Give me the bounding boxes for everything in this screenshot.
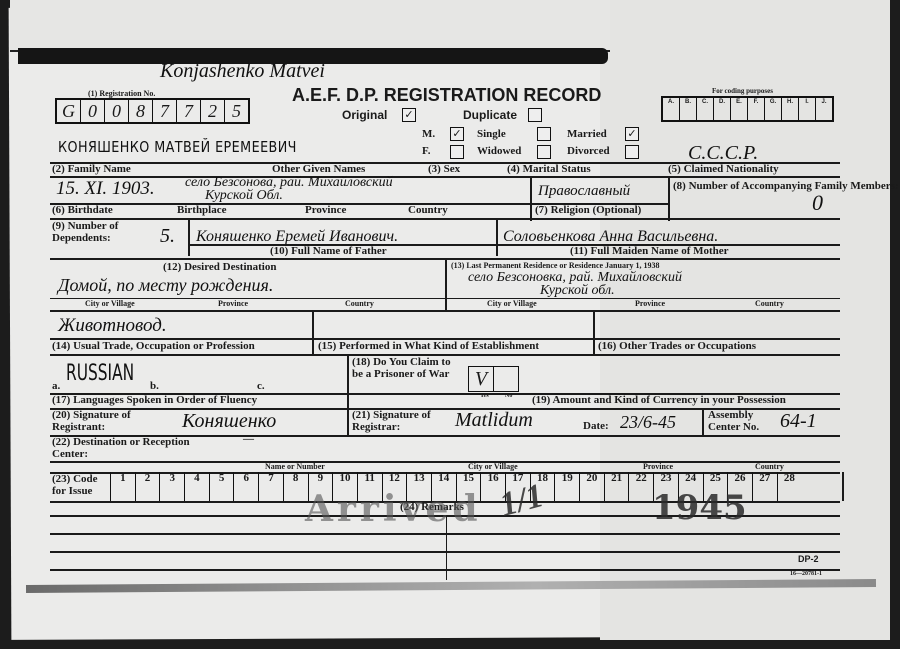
assembly-center-value: 64-1	[780, 410, 817, 433]
code-box: 3	[159, 472, 184, 501]
coding-box: G.	[765, 98, 782, 120]
sex-m-label: M.	[422, 129, 435, 141]
language-a-prefix: a.	[52, 381, 60, 393]
single-checkbox[interactable]	[537, 127, 551, 141]
coding-box: D.	[714, 98, 731, 120]
country-label: Country	[345, 300, 374, 308]
code-box: 7	[258, 472, 283, 501]
divorced-checkbox[interactable]	[625, 145, 639, 159]
code-box: 28	[777, 472, 802, 501]
name-value: КОНЯШЕНКО МАТВЕЙ ЕРЕМЕЕВИЧ	[58, 138, 297, 156]
code-box: 27	[752, 472, 777, 501]
registration-number: G 0 0 8 7 7 2 5	[55, 98, 250, 124]
header-handwritten-name: Konjashenko Matvei	[160, 60, 325, 83]
pow-no-box[interactable]	[494, 367, 518, 391]
religion-label: (7) Religion (Optional)	[535, 205, 641, 217]
trade-label: (14) Usual Trade, Occupation or Professi…	[52, 341, 255, 353]
province-label: Province	[218, 300, 248, 308]
arrived-stamp: Arrived	[305, 488, 482, 530]
country-label: Country	[755, 463, 784, 471]
dependents-label: (9) Number of Dependents:	[52, 221, 142, 244]
coding-box: C.	[697, 98, 714, 120]
divider	[593, 310, 595, 355]
given-names-label: Other Given Names	[272, 164, 365, 176]
reg-digit: 0	[105, 100, 129, 122]
coding-box: J.	[816, 98, 832, 120]
birthdate-label: (6) Birthdate	[52, 205, 113, 217]
other-trades-label: (16) Other Trades or Occupations	[598, 341, 756, 353]
coding-box: F.	[748, 98, 765, 120]
destination-label: (12) Desired Destination	[163, 262, 276, 274]
date-value: 23/6-45	[620, 412, 676, 433]
coding-box: A.	[663, 98, 680, 120]
coding-box: I.	[799, 98, 816, 120]
code-box: 19	[554, 472, 579, 501]
code-box: 8	[283, 472, 308, 501]
pow-no-label: No	[505, 393, 512, 399]
assembly-center-label: Assembly Center No.	[708, 410, 778, 433]
province-label: Province	[643, 463, 673, 471]
divider	[668, 176, 670, 221]
pow-answer-boxes: V	[468, 366, 519, 392]
currency-label: (19) Amount and Kind of Currency in your…	[532, 395, 786, 407]
divider	[347, 354, 349, 436]
divider	[312, 310, 314, 355]
sex-m-checkbox[interactable]: ✓	[450, 127, 464, 141]
reception-center-label: (22) Destination or Reception Center:	[52, 437, 192, 460]
trade-value: Животновод.	[58, 315, 167, 337]
original-label: Original	[342, 109, 387, 122]
divider	[445, 258, 447, 310]
code-box: 20	[579, 472, 604, 501]
nationality-label: (5) Claimed Nationality	[668, 164, 779, 176]
birthplace-label: Birthplace	[177, 205, 227, 217]
reg-digit: 7	[153, 100, 177, 122]
document-top-flap	[10, 0, 610, 52]
religion-value: Православный	[538, 183, 630, 200]
birthplace-value-2: Курской Обл.	[205, 188, 283, 204]
duplicate-label: Duplicate	[463, 109, 517, 122]
pow-yes-box[interactable]: V	[469, 367, 494, 391]
date-label: Date:	[583, 421, 609, 433]
accompanying-value: 0	[812, 190, 823, 216]
last-residence-value-2: Курской обл.	[540, 283, 615, 299]
sex-f-checkbox[interactable]	[450, 145, 464, 159]
divider	[50, 551, 840, 553]
birthdate-value: 15. XI. 1903.	[56, 178, 155, 200]
marital-status-label: (4) Marital Status	[507, 164, 591, 176]
registrant-signature-label: (20) Signature of Registrant:	[52, 410, 172, 433]
pow-yes-label: Yes	[480, 393, 489, 399]
reception-center-value: —	[243, 434, 254, 446]
widowed-checkbox[interactable]	[537, 145, 551, 159]
city-label: City or Village	[85, 300, 135, 308]
coding-box: E.	[731, 98, 748, 120]
language-b-prefix: b.	[150, 381, 159, 393]
language-a-value: RUSSIAN	[66, 361, 134, 386]
code-for-issue-label: (23) Code for Issue	[52, 474, 112, 497]
city-label: City or Village	[487, 300, 537, 308]
province-label: Province	[635, 300, 665, 308]
dependents-value: 5.	[160, 225, 175, 248]
stamp-year: 1945	[652, 488, 747, 528]
divider	[50, 218, 840, 220]
divider	[50, 533, 840, 535]
reg-digit: 8	[129, 100, 153, 122]
single-label: Single	[477, 129, 506, 141]
married-checkbox[interactable]: ✓	[625, 127, 639, 141]
divider	[50, 310, 840, 312]
divider	[496, 218, 498, 256]
duplicate-checkbox[interactable]	[528, 108, 542, 122]
divider	[842, 472, 844, 501]
form-code: DP-2	[798, 555, 819, 564]
code-box: 2	[135, 472, 160, 501]
divider	[50, 176, 840, 178]
country-label: Country	[408, 205, 448, 217]
coding-box: H.	[782, 98, 799, 120]
registrar-signature-label: (21) Signature of Registrar:	[352, 410, 462, 433]
divorced-label: Divorced	[567, 146, 610, 158]
divider	[50, 298, 840, 299]
registrar-signature: Matlidum	[455, 409, 533, 432]
document-title: A.E.F. D.P. REGISTRATION RECORD	[292, 85, 601, 106]
city-label: City or Village	[468, 463, 518, 471]
reg-digit: 0	[81, 100, 105, 122]
code-box: 1	[110, 472, 135, 501]
code-box: 22	[628, 472, 653, 501]
divider	[702, 408, 704, 436]
reg-digit: 5	[225, 100, 248, 122]
coding-label: For coding purposes	[712, 88, 773, 95]
family-name-label: (2) Family Name	[52, 164, 131, 176]
code-box: 4	[184, 472, 209, 501]
reg-digit: G	[57, 100, 81, 122]
sex-f-label: F.	[422, 146, 430, 158]
establishment-label: (15) Performed in What Kind of Establish…	[318, 341, 539, 353]
widowed-label: Widowed	[477, 146, 521, 158]
sex-label: (3) Sex	[428, 164, 460, 176]
divider	[188, 218, 190, 256]
divider	[50, 461, 840, 463]
province-label: Province	[305, 205, 346, 217]
coding-box: B.	[680, 98, 697, 120]
name-or-number-label: Name or Number	[265, 463, 325, 471]
code-box: 6	[233, 472, 258, 501]
reg-digit: 7	[177, 100, 201, 122]
reg-digit: 2	[201, 100, 225, 122]
language-c-prefix: c.	[257, 381, 265, 393]
languages-label: (17) Languages Spoken in Order of Fluenc…	[52, 395, 257, 407]
country-label: Country	[755, 300, 784, 308]
mother-label: (11) Full Maiden Name of Mother	[570, 246, 729, 258]
pow-label: (18) Do You Claim to be a Prisoner of Wa…	[352, 357, 464, 380]
code-box: 21	[604, 472, 629, 501]
married-label: Married	[567, 129, 607, 141]
accompanying-label: (8) Number of Accompanying Family Member…	[673, 181, 899, 193]
original-checkbox[interactable]: ✓	[402, 108, 416, 122]
coding-boxes: A. B. C. D. E. F. G. H. I. J.	[661, 96, 834, 122]
father-label: (10) Full Name of Father	[270, 246, 387, 258]
code-box: 5	[209, 472, 234, 501]
divider	[530, 176, 532, 221]
form-print-code: 16—20781-1	[790, 571, 822, 577]
registrant-signature: Коняшенко	[182, 410, 276, 433]
destination-value: Домой, по месту рождения.	[58, 275, 273, 296]
divider	[50, 569, 840, 571]
